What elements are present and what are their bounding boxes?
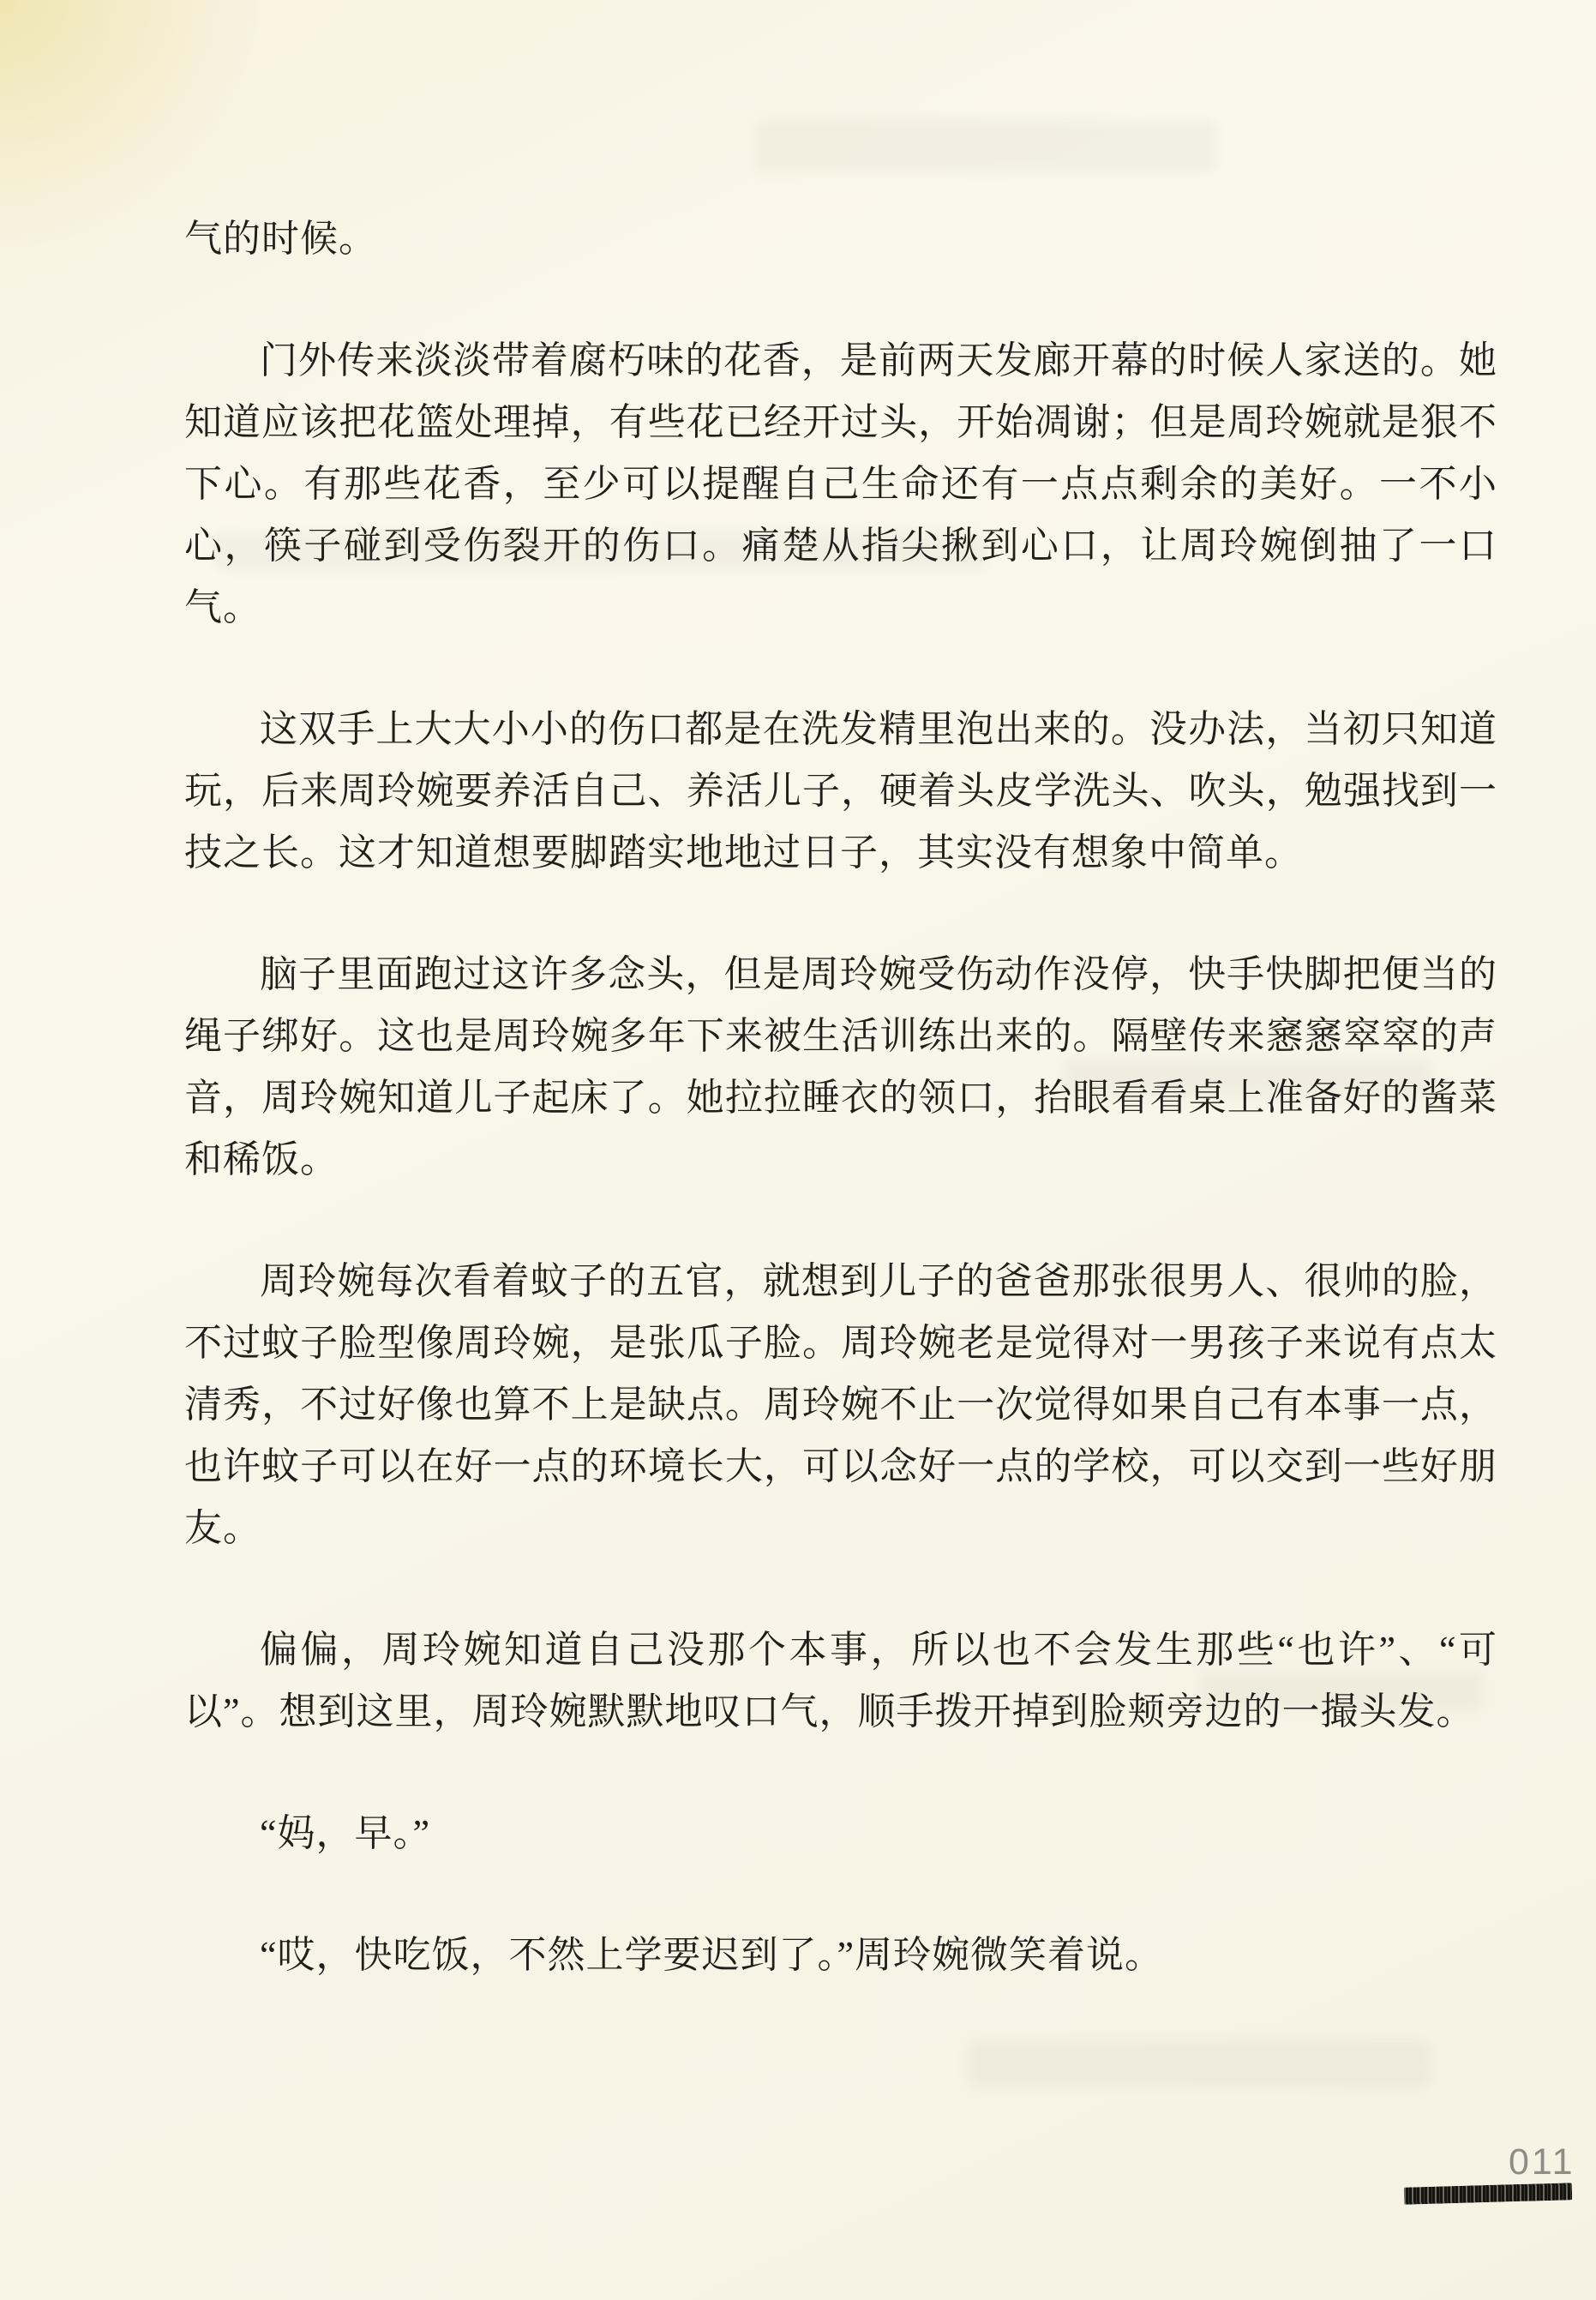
- page-text: 气的时候。 门外传来淡淡带着腐朽味的花香，是前两天发廊开幕的时候人家送的。她知道…: [184, 208, 1497, 1986]
- bleed-through-mark: [754, 120, 1217, 171]
- paragraph: 脑子里面跑过这许多念头，但是周玲婉受伤动作没停，快手快脚把便当的绳子绑好。这也是…: [184, 944, 1497, 1191]
- paragraph: 这双手上大大小小的伤口都是在洗发精里泡出来的。没办法，当初只知道玩，后来周玲婉要…: [184, 699, 1497, 884]
- dialog-line: “哎，快吃饭，不然上学要迟到了。”周玲婉微笑着说。: [184, 1925, 1497, 1986]
- paragraph-continuation: 气的时候。: [184, 208, 1497, 270]
- page-number: 011: [1509, 2141, 1575, 2183]
- paragraph: 周玲婉每次看着蚊子的五官，就想到儿子的爸爸那张很男人、很帅的脸，不过蚊子脸型像周…: [184, 1251, 1497, 1559]
- book-page: 气的时候。 门外传来淡淡带着腐朽味的花香，是前两天发廊开幕的时候人家送的。她知道…: [0, 0, 1596, 2300]
- bleed-through-mark: [969, 2040, 1431, 2087]
- paragraph: 门外传来淡淡带着腐朽味的花香，是前两天发廊开幕的时候人家送的。她知道应该把花篮处…: [184, 330, 1497, 639]
- paragraph: 偏偏，周玲婉知道自己没那个本事，所以也不会发生那些“也许”、“可以”。想到这里，…: [184, 1619, 1497, 1743]
- dialog-line: “妈，早。”: [184, 1803, 1497, 1865]
- footer-stamp-bar: [1404, 2183, 1572, 2204]
